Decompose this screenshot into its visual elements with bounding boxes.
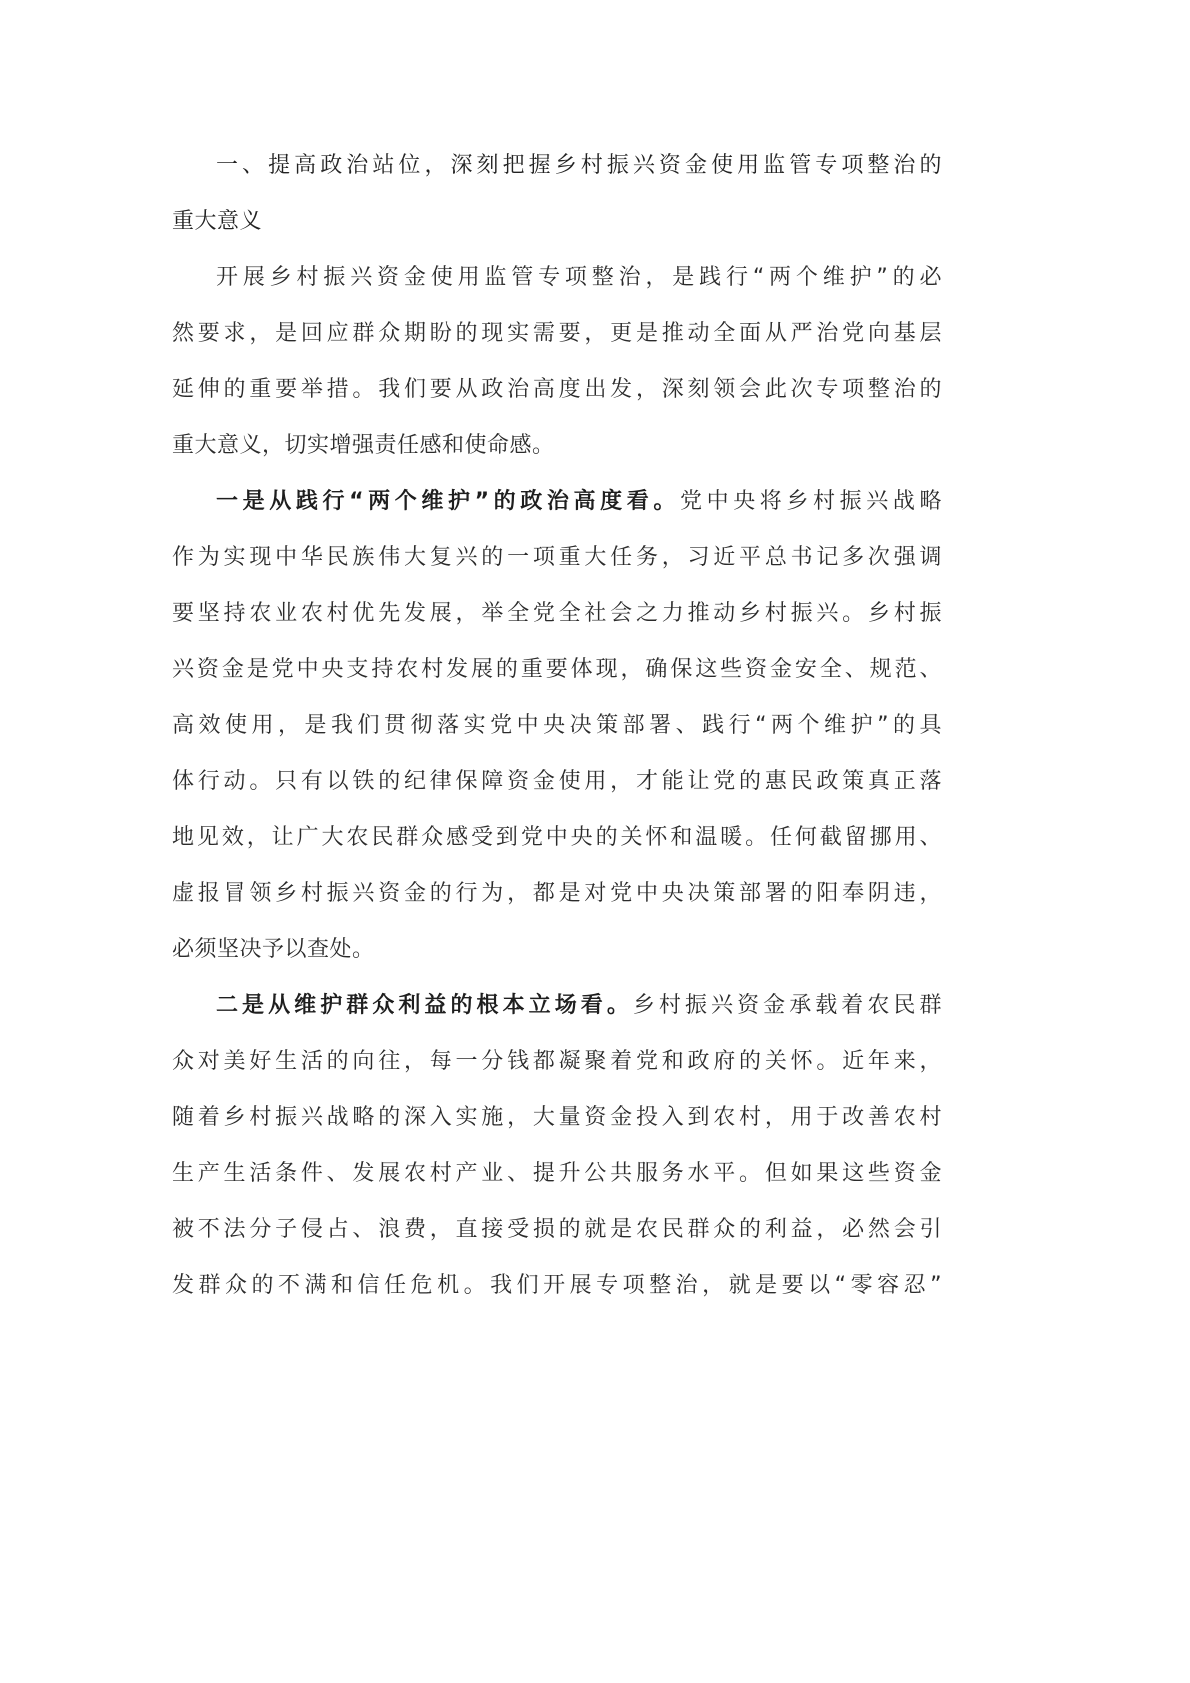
paragraph-line: 随着乡村振兴战略的深入实施，大量资金投入到农村，用于改善农村	[172, 1090, 942, 1146]
paragraph-line: 地见效，让广大农民群众感受到党中央的关怀和温暖。任何截留挪用、	[172, 810, 942, 866]
paragraph-line: 要坚持农业农村优先发展，举全党全社会之力推动乡村振兴。乡村振	[172, 586, 942, 642]
intro-paragraph: 开展乡村振兴资金使用监管专项整治，是践行“两个维护”的必 然要求，是回应群众期盼…	[172, 250, 942, 474]
paragraph-first-line: 二是从维护群众利益的根本立场看。乡村振兴资金承载着农民群	[172, 978, 942, 1034]
paragraph-line: 兴资金是党中央支持农村发展的重要体现，确保这些资金安全、规范、	[172, 642, 942, 698]
point-two-paragraph: 二是从维护群众利益的根本立场看。乡村振兴资金承载着农民群 众对美好生活的向往，每…	[172, 978, 942, 1314]
bold-lead-sentence: 一是从践行“两个维护”的政治高度看。	[216, 489, 680, 514]
heading-line: 一、提高政治站位，深刻把握乡村振兴资金使用监管专项整治的	[172, 138, 942, 194]
section-heading: 一、提高政治站位，深刻把握乡村振兴资金使用监管专项整治的 重大意义	[172, 138, 942, 250]
paragraph-line: 体行动。只有以铁的纪律保障资金使用，才能让党的惠民政策真正落	[172, 754, 942, 810]
paragraph-line: 必须坚决予以查处。	[172, 922, 942, 978]
first-line-rest: 乡村振兴资金承载着农民群	[633, 993, 942, 1018]
document-page: 一、提高政治站位，深刻把握乡村振兴资金使用监管专项整治的 重大意义 开展乡村振兴…	[172, 138, 942, 1314]
point-one-paragraph: 一是从践行“两个维护”的政治高度看。党中央将乡村振兴战略 作为实现中华民族伟大复…	[172, 474, 942, 978]
paragraph-line: 发群众的不满和信任危机。我们开展专项整治，就是要以“零容忍”	[172, 1258, 942, 1314]
paragraph-line: 高效使用，是我们贯彻落实党中央决策部署、践行“两个维护”的具	[172, 698, 942, 754]
paragraph-line: 虚报冒领乡村振兴资金的行为，都是对党中央决策部署的阳奉阴违，	[172, 866, 942, 922]
paragraph-line: 生产生活条件、发展农村产业、提升公共服务水平。但如果这些资金	[172, 1146, 942, 1202]
paragraph-first-line: 一是从践行“两个维护”的政治高度看。党中央将乡村振兴战略	[172, 474, 942, 530]
paragraph-line: 被不法分子侵占、浪费，直接受损的就是农民群众的利益，必然会引	[172, 1202, 942, 1258]
paragraph-line: 作为实现中华民族伟大复兴的一项重大任务，习近平总书记多次强调	[172, 530, 942, 586]
paragraph-line: 然要求，是回应群众期盼的现实需要，更是推动全面从严治党向基层	[172, 306, 942, 362]
paragraph-line: 众对美好生活的向往，每一分钱都凝聚着党和政府的关怀。近年来，	[172, 1034, 942, 1090]
bold-lead-sentence: 二是从维护群众利益的根本立场看。	[216, 993, 633, 1018]
first-line-rest: 党中央将乡村振兴战略	[680, 489, 942, 514]
paragraph-line: 开展乡村振兴资金使用监管专项整治，是践行“两个维护”的必	[172, 250, 942, 306]
paragraph-line: 延伸的重要举措。我们要从政治高度出发，深刻领会此次专项整治的	[172, 362, 942, 418]
heading-line: 重大意义	[172, 194, 942, 250]
paragraph-line: 重大意义，切实增强责任感和使命感。	[172, 418, 942, 474]
